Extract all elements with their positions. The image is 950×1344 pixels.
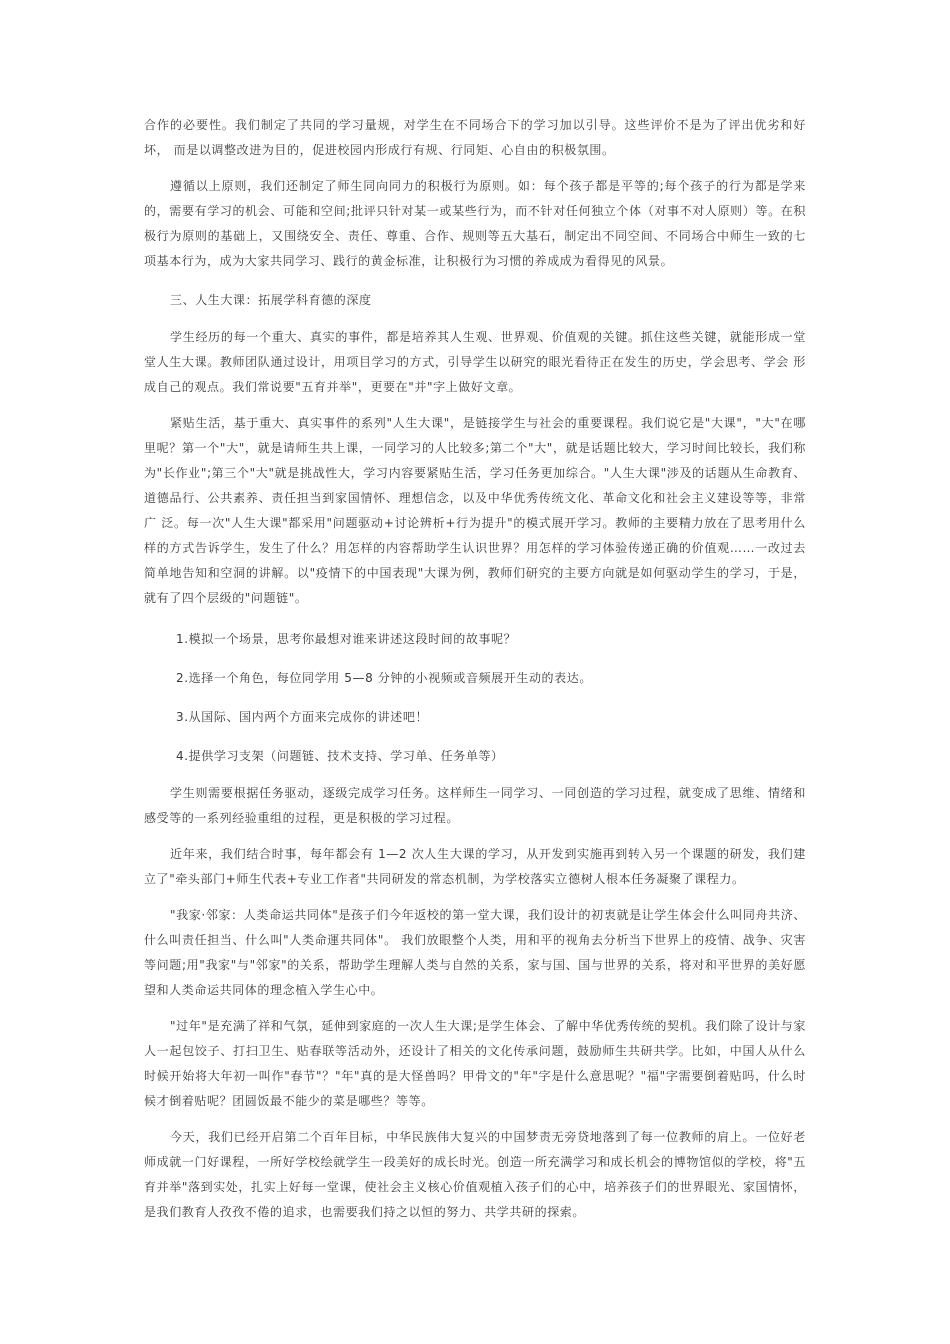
body-paragraph: 紧贴生活，基于重大、真实事件的系列"人生大课"，是链接学生与社会的重要课程。我们… — [144, 411, 806, 611]
body-paragraph: "过年"是充满了祥和气氛，延伸到家庭的一次人生大课;是学生体会、了解中华优秀传统… — [144, 1014, 806, 1114]
body-paragraph: 今天，我们已经开启第二个百年目标，中华民族伟大复兴的中国梦责无旁贷地落到了每一位… — [144, 1125, 806, 1225]
body-paragraph: 学生经历的每一个重大、真实的事件，都是培养其人生观、世界观、价值观的关键。抓住这… — [144, 325, 806, 400]
list-item: 1.模拟一个场景，思考你最想对谁来讲述这段时间的故事呢？ — [144, 627, 806, 652]
section-heading: 三、人生大课：拓展学科育德的深度 — [144, 288, 806, 313]
principles-paragraph: 遵循以上原则，我们还制定了师生同向同力的积极行为原则。如：每个孩子都是平等的;每… — [144, 174, 806, 274]
list-item: 3.从国际、国内两个方面来完成你的讲述吧！ — [144, 705, 806, 730]
question-chain-list: 1.模拟一个场景，思考你最想对谁来讲述这段时间的故事呢？ 2.选择一个角色，每位… — [144, 627, 806, 769]
list-item: 2.选择一个角色，每位同学用 5—8 分钟的小视频或音频展开生动的表达。 — [144, 666, 806, 691]
list-item: 4.提供学习支架（问题链、技术支持、学习单、任务单等） — [144, 744, 806, 769]
body-paragraph: 近年来，我们结合时事，每年都会有 1—2 次人生大课的学习，从开发到实施再到转入… — [144, 842, 806, 892]
body-paragraph: 学生则需要根据任务驱动，逐级完成学习任务。这样师生一同学习、一同创造的学习过程，… — [144, 781, 806, 831]
document-page: 合作的必要性。我们制定了共同的学习量规，对学生在不同场合下的学习加以引导。这些评… — [144, 113, 806, 1225]
body-paragraph: "我家·邻家：人类命运共同体"是孩子们今年返校的第一堂大课，我们设计的初衷就是让… — [144, 903, 806, 1003]
intro-paragraph: 合作的必要性。我们制定了共同的学习量规，对学生在不同场合下的学习加以引导。这些评… — [144, 113, 806, 163]
